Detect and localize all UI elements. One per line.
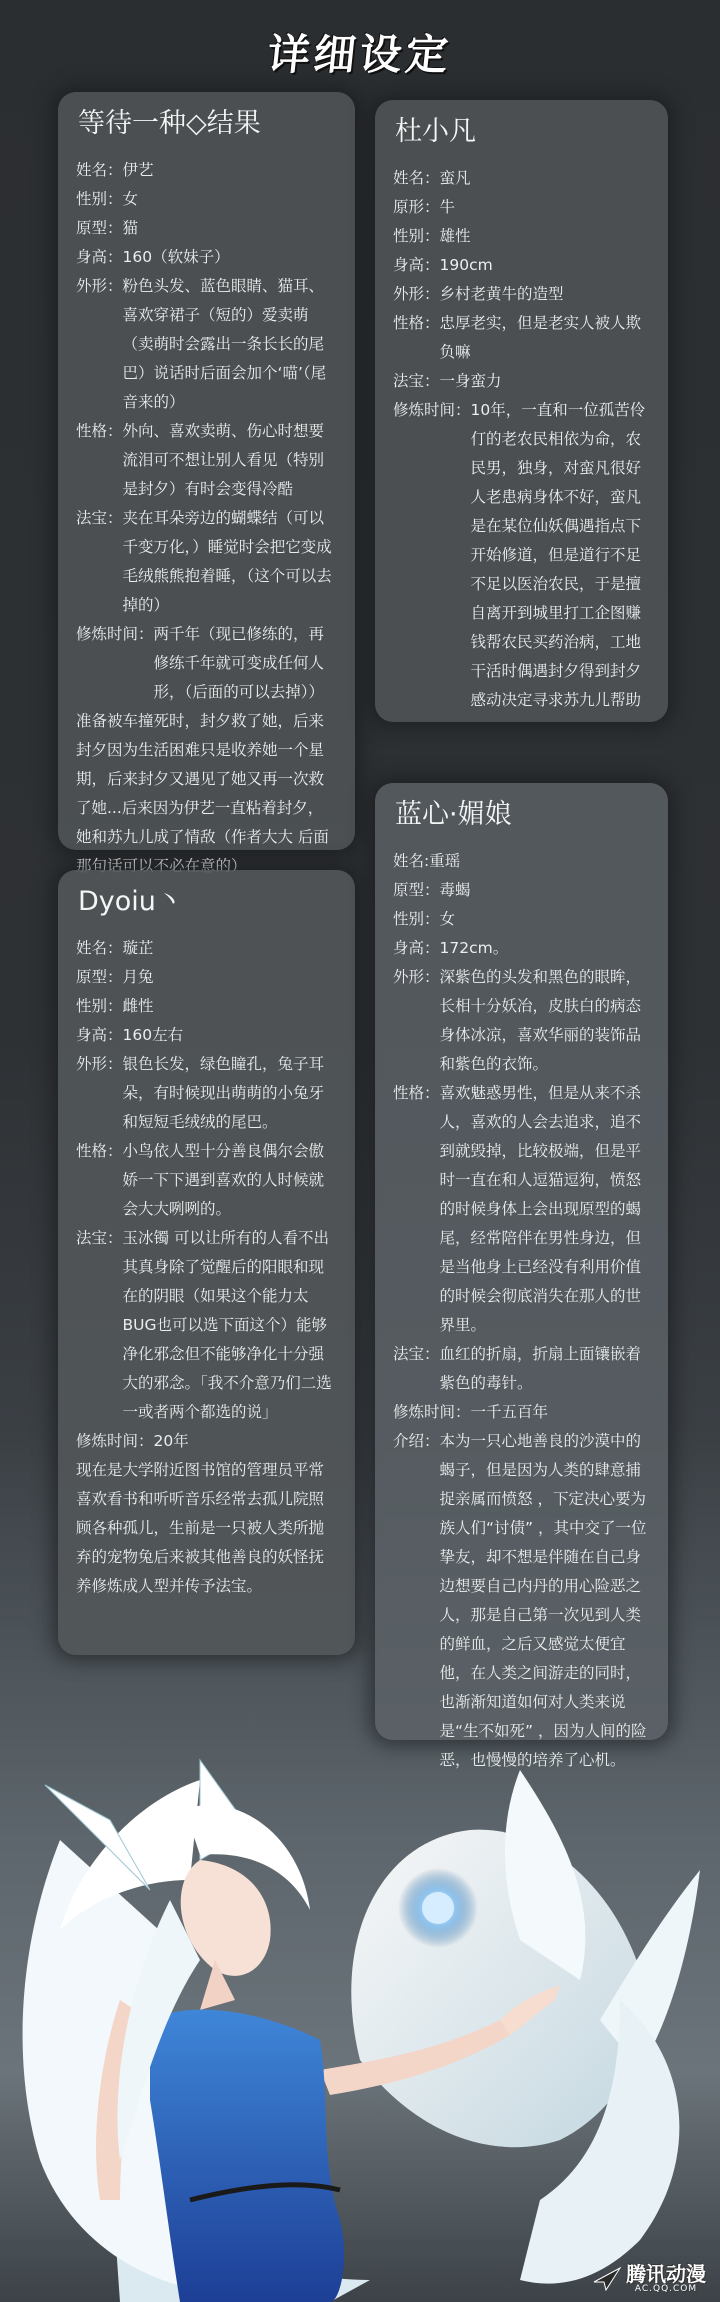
field-label: 性别： bbox=[393, 222, 440, 251]
fox-girl-illustration: 腾讯动漫 AC.QQ.COM bbox=[0, 1640, 720, 2302]
field-value: 血红的折扇，折扇上面镶嵌着紫色的毒针。 bbox=[440, 1340, 650, 1398]
card-author-title: 杜小凡 bbox=[395, 114, 650, 150]
field-row: 外形：粉色头发、蓝色眼睛、猫耳、喜欢穿裙子（短的）爱卖萌（卖萌时会露出一条长长的… bbox=[76, 272, 337, 417]
field-row: 原形：牛 bbox=[393, 193, 650, 222]
field-label: 姓名: bbox=[393, 847, 429, 876]
field-row: 原型：毒蝎 bbox=[393, 876, 650, 905]
field-label: 外形： bbox=[76, 1050, 123, 1137]
field-label: 身高： bbox=[76, 243, 123, 272]
field-row: 身高：160（软妹子） bbox=[76, 243, 337, 272]
field-row: 性别：女 bbox=[76, 185, 337, 214]
field-value: 深紫色的头发和黑色的眼眸，长相十分妖冶，皮肤白的病态身体冰凉，喜欢华丽的装饰品和… bbox=[440, 963, 650, 1079]
field-label: 姓名： bbox=[76, 934, 123, 963]
card-author-title: 等待一种◇结果 bbox=[78, 106, 337, 142]
field-row: 法宝：夹在耳朵旁边的蝴蝶结（可以千变万化，）睡觉时会把它变成毛绒熊熊抱着睡，（这… bbox=[76, 504, 337, 620]
field-row: 法宝：血红的折扇，折扇上面镶嵌着紫色的毒针。 bbox=[393, 1340, 650, 1398]
character-card-xuanzhi: Dyoiu丶 姓名：璇芷 原型：月兔 性别：雌性 身高：160左右 外形：银色长… bbox=[58, 870, 355, 1655]
field-value: 10年，一直和一位孤苦伶仃的老农民相依为命，农民男，独身，对蛮凡很好人老患病身体… bbox=[471, 396, 650, 715]
field-row: 外形：深紫色的头发和黑色的眼眸，长相十分妖冶，皮肤白的病态身体冰凉，喜欢华丽的装… bbox=[393, 963, 650, 1079]
field-label: 法宝： bbox=[76, 504, 123, 620]
card-author-title: 蓝心·媚娘 bbox=[395, 797, 650, 833]
field-label: 法宝： bbox=[393, 1340, 440, 1398]
field-row: 法宝：一身蛮力 bbox=[393, 367, 650, 396]
fox-girl-artwork-icon bbox=[0, 1640, 720, 2302]
field-label: 原型： bbox=[76, 214, 123, 243]
character-card-chongyao: 蓝心·媚娘 姓名:重瑶 原型：毒蝎 性别：女 身高：172cm。 外形：深紫色的… bbox=[375, 783, 668, 1740]
field-value: 蛮凡 bbox=[440, 164, 650, 193]
field-label: 外形： bbox=[393, 280, 440, 309]
field-label: 性格： bbox=[76, 1137, 123, 1224]
field-row: 性别：雄性 bbox=[393, 222, 650, 251]
field-value: 乡村老黄牛的造型 bbox=[440, 280, 650, 309]
field-value: 璇芷 bbox=[123, 934, 337, 963]
field-value: 160（软妹子） bbox=[123, 243, 337, 272]
field-value: 重瑶 bbox=[429, 847, 650, 876]
field-row: 修炼时间：20年 bbox=[76, 1427, 337, 1456]
card-author-title: Dyoiu丶 bbox=[78, 884, 337, 920]
field-row: 修炼时间：10年，一直和一位孤苦伶仃的老农民相依为命，农民男，独身，对蛮凡很好人… bbox=[393, 396, 650, 715]
field-value: 银色长发，绿色瞳孔，兔子耳朵，有时候现出萌萌的小兔牙和短短毛绒绒的尾巴。 bbox=[123, 1050, 337, 1137]
field-label: 身高： bbox=[76, 1021, 123, 1050]
watermark-url: AC.QQ.COM bbox=[626, 2284, 706, 2294]
field-row: 身高：190cm bbox=[393, 251, 650, 280]
field-row: 姓名：蛮凡 bbox=[393, 164, 650, 193]
field-value: 一千五百年 bbox=[471, 1398, 650, 1427]
character-card-manfan: 杜小凡 姓名：蛮凡 原形：牛 性别：雄性 身高：190cm 外形：乡村老黄牛的造… bbox=[375, 100, 668, 722]
field-value: 172cm。 bbox=[440, 934, 650, 963]
field-value: 喜欢魅惑男性，但是从来不杀人，喜欢的人会去追求，追不到就毁掉，比较极端，但是平时… bbox=[440, 1079, 650, 1340]
field-row: 原型：月兔 bbox=[76, 963, 337, 992]
field-value: 猫 bbox=[123, 214, 337, 243]
page-title: 详细设定 bbox=[0, 22, 720, 82]
field-value: 毒蝎 bbox=[440, 876, 650, 905]
field-label: 性格： bbox=[76, 417, 123, 504]
field-row: 姓名：伊艺 bbox=[76, 156, 337, 185]
field-value: 20年 bbox=[154, 1427, 337, 1456]
field-row: 身高：172cm。 bbox=[393, 934, 650, 963]
paper-plane-icon bbox=[592, 2266, 622, 2292]
field-label: 法宝： bbox=[76, 1224, 123, 1427]
field-label: 原型： bbox=[393, 876, 440, 905]
field-row: 修炼时间：一千五百年 bbox=[393, 1398, 650, 1427]
field-value: 女 bbox=[123, 185, 337, 214]
field-value: 月兔 bbox=[123, 963, 337, 992]
field-label: 法宝： bbox=[393, 367, 440, 396]
field-label: 身高： bbox=[393, 934, 440, 963]
field-value: 雄性 bbox=[440, 222, 650, 251]
field-value: 雌性 bbox=[123, 992, 337, 1021]
field-row: 性格：外向、喜欢卖萌、伤心时想要流泪可不想让别人看见（特别是封夕）有时会变得冷酷 bbox=[76, 417, 337, 504]
field-label: 身高： bbox=[393, 251, 440, 280]
field-label: 性别： bbox=[76, 992, 123, 1021]
backstory-paragraph: 现在是大学附近图书馆的管理员平常喜欢看书和听听音乐经常去孤儿院照顾各种孤儿，生前… bbox=[76, 1456, 337, 1601]
field-value: 一身蛮力 bbox=[440, 367, 650, 396]
field-label: 外形： bbox=[393, 963, 440, 1079]
field-row: 姓名:重瑶 bbox=[393, 847, 650, 876]
field-row: 修炼时间：两千年（现已修练的，再修练千年就可变成任何人形，（后面的可以去掉）） bbox=[76, 620, 337, 707]
backstory-paragraph: 准备被车撞死时，封夕救了她，后来封夕因为生活困难只是收养她一个星期，后来封夕又遇… bbox=[76, 707, 337, 881]
field-value: 两千年（现已修练的，再修练千年就可变成任何人形，（后面的可以去掉）） bbox=[154, 620, 337, 707]
field-label: 性别： bbox=[393, 905, 440, 934]
field-row: 原型：猫 bbox=[76, 214, 337, 243]
field-value: 牛 bbox=[440, 193, 650, 222]
field-label: 修炼时间： bbox=[393, 396, 471, 715]
field-row: 姓名：璇芷 bbox=[76, 934, 337, 963]
field-label: 姓名： bbox=[76, 156, 123, 185]
field-row: 外形：银色长发，绿色瞳孔，兔子耳朵，有时候现出萌萌的小兔牙和短短毛绒绒的尾巴。 bbox=[76, 1050, 337, 1137]
field-label: 外形： bbox=[76, 272, 123, 417]
watermark: 腾讯动漫 AC.QQ.COM bbox=[592, 2264, 706, 2294]
field-label: 性别： bbox=[76, 185, 123, 214]
field-row: 性格：小鸟依人型十分善良偶尔会傲娇一下下遇到喜欢的人时候就会大大咧咧的。 bbox=[76, 1137, 337, 1224]
field-value: 160左右 bbox=[123, 1021, 337, 1050]
field-label: 修炼时间： bbox=[393, 1398, 471, 1427]
field-value: 女 bbox=[440, 905, 650, 934]
field-value: 190cm bbox=[440, 251, 650, 280]
field-value: 夹在耳朵旁边的蝴蝶结（可以千变万化，）睡觉时会把它变成毛绒熊熊抱着睡，（这个可以… bbox=[123, 504, 337, 620]
field-row: 法宝：玉冰镯 可以让所有的人看不出其真身除了觉醒后的阳眼和现在的阴眼（如果这个能… bbox=[76, 1224, 337, 1427]
field-row: 性格：忠厚老实，但是老实人被人欺负嘛 bbox=[393, 309, 650, 367]
field-row: 身高：160左右 bbox=[76, 1021, 337, 1050]
field-label: 修炼时间： bbox=[76, 620, 154, 707]
field-row: 性别：女 bbox=[393, 905, 650, 934]
field-value: 粉色头发、蓝色眼睛、猫耳、喜欢穿裙子（短的）爱卖萌（卖萌时会露出一条长长的尾巴）… bbox=[123, 272, 337, 417]
field-label: 性格： bbox=[393, 309, 440, 367]
field-value: 外向、喜欢卖萌、伤心时想要流泪可不想让别人看见（特别是封夕）有时会变得冷酷 bbox=[123, 417, 337, 504]
field-value: 小鸟依人型十分善良偶尔会傲娇一下下遇到喜欢的人时候就会大大咧咧的。 bbox=[123, 1137, 337, 1224]
field-label: 性格： bbox=[393, 1079, 440, 1340]
field-label: 修炼时间： bbox=[76, 1427, 154, 1456]
field-label: 原形： bbox=[393, 193, 440, 222]
field-label: 原型： bbox=[76, 963, 123, 992]
field-label: 姓名： bbox=[393, 164, 440, 193]
field-row: 性别：雌性 bbox=[76, 992, 337, 1021]
field-value: 玉冰镯 可以让所有的人看不出其真身除了觉醒后的阳眼和现在的阴眼（如果这个能力太B… bbox=[123, 1224, 337, 1427]
character-card-yiyi: 等待一种◇结果 姓名：伊艺 性别：女 原型：猫 身高：160（软妹子） 外形：粉… bbox=[58, 92, 355, 850]
field-value: 伊艺 bbox=[123, 156, 337, 185]
field-value: 忠厚老实，但是老实人被人欺负嘛 bbox=[440, 309, 650, 367]
field-row: 性格：喜欢魅惑男性，但是从来不杀人，喜欢的人会去追求，追不到就毁掉，比较极端，但… bbox=[393, 1079, 650, 1340]
field-row: 外形：乡村老黄牛的造型 bbox=[393, 280, 650, 309]
watermark-brand: 腾讯动漫 bbox=[626, 2264, 706, 2284]
